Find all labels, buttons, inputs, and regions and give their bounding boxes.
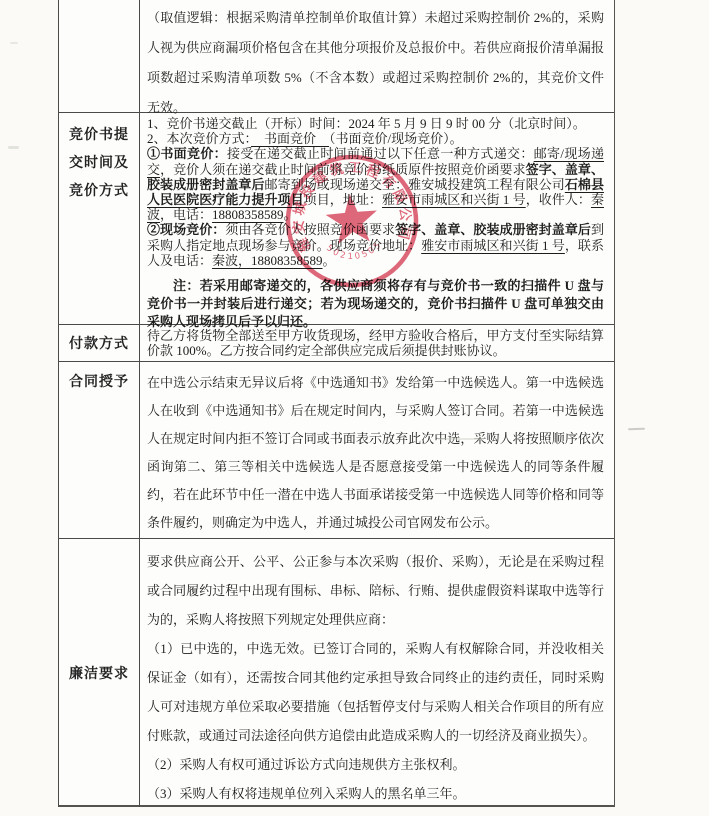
table-row: 付款方式 待乙方将货物全部送至甲方收货现场，经甲方验收合格后，甲方支付至实际结算… — [59, 324, 614, 361]
table-row: 合同授予 在中选公示结束无异议后将《中选通知书》发给第一中选候选人。第一中选候选… — [59, 361, 614, 538]
text-segment: 。 — [284, 207, 297, 222]
text-segment: ①书面竞价： — [147, 146, 227, 161]
paragraph: （1）已中选的，中选无效。已签订合同的，采购人有权解除合同，并没收相关保证金（如… — [147, 634, 604, 750]
paragraph: ①书面竞价：接受在递交截止时间前通过以下任意一种方式递交：邮寄/现场递交，竞价人… — [147, 146, 604, 222]
text-segment: 签字、盖章、胶装成册密封盖章后 — [395, 222, 591, 237]
row-content: （取值逻辑：根据采购清单控制单价取值计算）未超过采购控制价 2%的，采购人视为供… — [140, 0, 614, 112]
row-content: 待乙方将货物全部送至甲方收货现场，经甲方验收合格后，甲方支付至实际结算价款 10… — [140, 325, 614, 361]
scanned-procurement-document: { "document_type": "采购竞价文件（表格页）", "seal"… — [0, 0, 709, 816]
paragraph: 要求供应商公开、公平、公正参与本次采购（报价、采购），无论是在采购过程或合同履约… — [147, 547, 604, 634]
text-segment: 待乙方将货物全部送至甲方收货现场，经甲方验收合格后，甲方支付至实际结算价款 10… — [147, 328, 604, 358]
row-label: 竞价书提交时间及竞价方式 — [59, 113, 140, 324]
text-segment: 1、竞价书递交截止（开标）时间：2024 年 5 月 9 日 9 时 00 分（… — [147, 116, 586, 131]
paragraph: 待乙方将货物全部送至甲方收货现场，经甲方验收合格后，甲方支付至实际结算价款 10… — [147, 329, 604, 358]
text-segment: 注：若采用邮寄递交的，各供应商须将存有与竞价书一致的扫描件 U 盘与竞价书一并封… — [147, 278, 604, 329]
text-segment: ②现场竞价： — [147, 222, 225, 237]
text-segment: 要求供应商公开、公平、公正参与本次采购（报价、采购），无论是在采购过程或合同履约… — [147, 554, 604, 627]
procurement-table: （取值逻辑：根据采购清单控制单价取值计算）未超过采购控制价 2%的，采购人视为供… — [58, 0, 615, 807]
text-segment: （2）采购人有权可通过诉讼方式向违规供方主张权利。 — [147, 757, 466, 772]
row-label — [59, 0, 140, 112]
text-segment: （书面竞价/现场竞价）。 — [329, 131, 463, 146]
row-content: 1、竞价书递交截止（开标）时间：2024 年 5 月 9 日 9 时 00 分（… — [140, 113, 614, 324]
scan-artifact — [628, 428, 645, 431]
text-segment: 。 — [323, 253, 336, 268]
text-segment: （1）已中选的，中选无效。已签订合同的，采购人有权解除合同，并没收相关保证金（如… — [147, 641, 604, 743]
scan-artifact — [8, 146, 19, 149]
paragraph: 注：若采用邮寄递交的，各供应商须将存有与竞价书一致的扫描件 U 盘与竞价书一并封… — [147, 277, 604, 331]
row-label: 廉洁要求 — [59, 539, 140, 807]
paragraph: （2）采购人有权可通过诉讼方式向违规供方主张权利。 — [147, 750, 604, 779]
text-segment: （取值逻辑：根据采购清单控制单价取值计算）未超过采购控制价 2%的，采购人视为供… — [147, 10, 604, 115]
paragraph: 在中选公示结束无异议后将《中选通知书》发给第一中选候选人。第一中选候选人在收到《… — [147, 369, 604, 537]
text-segment: 18808358589 — [212, 207, 284, 222]
table-row: （取值逻辑：根据采购清单控制单价取值计算）未超过采购控制价 2%的，采购人视为供… — [59, 0, 614, 112]
paragraph: （3）采购人有权将违规单位列入采购人的黑名单三年。 — [147, 779, 604, 808]
row-label: 付款方式 — [59, 325, 140, 361]
text-segment: ，收件人： — [526, 192, 591, 207]
paragraph: （取值逻辑：根据采购清单控制单价取值计算）未超过采购控制价 2%的，采购人视为供… — [147, 3, 604, 123]
text-segment: 接受在递交截止时间前通过以下任意一种方式递交： — [227, 146, 534, 161]
text-segment: ，电话： — [160, 207, 212, 222]
text-segment: 秦波，18808358589 — [212, 253, 323, 268]
text-segment: （3）采购人有权将违规单位列入采购人的黑名单三年。 — [147, 786, 466, 801]
text-segment: 2、本次竞价方式： — [147, 131, 251, 146]
row-label: 合同授予 — [59, 362, 140, 538]
text-segment: 雅安市雨城区和兴街 1 号 — [382, 192, 526, 207]
paragraph: 1、竞价书递交截止（开标）时间：2024 年 5 月 9 日 9 时 00 分（… — [147, 116, 604, 131]
paragraph: ②现场竞价：须由各竞价人按照竞价函要求签字、盖章、胶装成册密封盖章后到采购人指定… — [147, 222, 604, 268]
scan-artifact — [10, 42, 18, 44]
table-row: 廉洁要求 要求供应商公开、公平、公正参与本次采购（报价、采购），无论是在采购过程… — [59, 538, 614, 807]
text-segment: ，竞价人须在递交截止时间前将竞价书纸质原件按照竞价函要求 — [160, 162, 526, 177]
table-row: 竞价书提交时间及竞价方式 1、竞价书递交截止（开标）时间：2024 年 5 月 … — [59, 112, 614, 324]
text-segment: 雅安市雨城区和兴街 1 号 — [421, 238, 565, 253]
row-content: 在中选公示结束无异议后将《中选通知书》发给第一中选候选人。第一中选候选人在收到《… — [140, 362, 614, 538]
text-segment: 在中选公示结束无异议后将《中选通知书》发给第一中选候选人。第一中选候选人在收到《… — [147, 375, 604, 530]
text-segment: 须由各竞价人按照竞价函要求 — [225, 222, 395, 237]
text-segment: 邮寄到场或现场递交至：雅安城投建筑工程有限公司 — [265, 177, 565, 192]
paragraph: 2、本次竞价方式： 书面竞价 （书面竞价/现场竞价）。 — [147, 131, 604, 146]
row-content: 要求供应商公开、公平、公正参与本次采购（报价、采购），无论是在采购过程或合同履约… — [140, 539, 614, 807]
text-segment: 书面竞价 — [251, 131, 329, 146]
text-segment: 项目，地址： — [304, 192, 382, 207]
scan-artifact — [438, 438, 484, 440]
